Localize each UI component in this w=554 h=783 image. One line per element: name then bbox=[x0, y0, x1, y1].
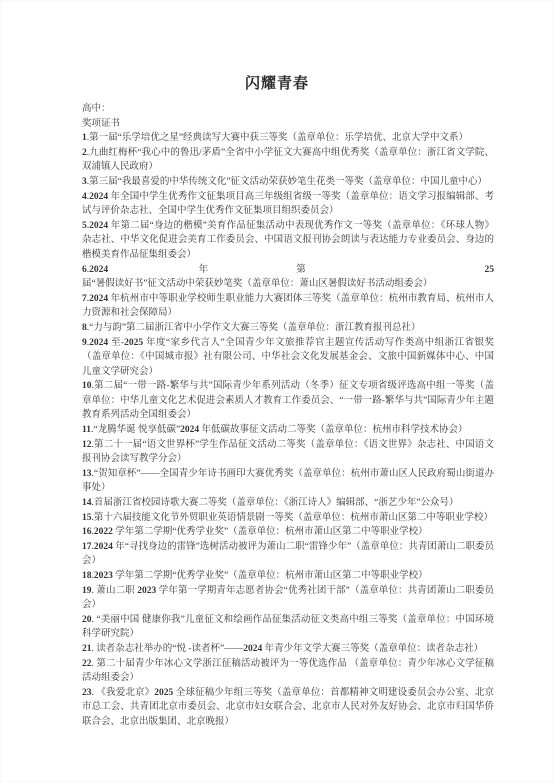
award-item: 16.2022 学年第二学期“优秀学业奖”（盖章单位：杭州市萧山区第二中等职业学… bbox=[82, 525, 494, 540]
award-item: 10.第二届“一带一路-繁华与共”国际青少年系列活动（冬季）征文专项省级评选高中… bbox=[82, 379, 494, 423]
award-list: 1.第一届“乐学培优之星”经典读写大赛中获三等奖（盖章单位：乐学培优、北京大学中… bbox=[82, 131, 494, 729]
award-item: 14.首届浙江省校园诗歌大赛二等奖（盖章单位：《浙江诗人》编辑部、“浙艺少年”公… bbox=[82, 496, 494, 511]
award-item: 21. 读者杂志社举办的“悦 -读者杯”——2024 年青少年文学大赛三等奖（盖… bbox=[82, 642, 494, 657]
award-item: 19. 萧山二职 2023 学年第一学期青年志愿者协会“优秀社团干部”（盖章单位… bbox=[82, 584, 494, 613]
award-item: 3.第三届“我最喜爱的中华传统文化”征文活动荣获妙笔生花类一等奖（盖章单位：中国… bbox=[82, 175, 494, 190]
award-item: 22. 第二十届青少年冰心文学浙江征稿活动被评为一等优选作品 （盖章单位：青少年… bbox=[82, 657, 494, 686]
award-item: 23. 《我爱北京》2025 全球征稿少年组三等奖（盖章单位：首都精神文明建设委… bbox=[82, 686, 494, 730]
award-item: 8.“力与韵”第二届浙江省中小学作文大赛三等奖（盖章单位：浙江教育报刊总社） bbox=[82, 321, 494, 336]
document-page: 闪耀青春 高中： 奖项证书 1.第一届“乐学培优之星”经典读写大赛中获三等奖（盖… bbox=[0, 0, 554, 783]
document-title: 闪耀青春 bbox=[0, 0, 554, 93]
award-item: 6.2024 年第 25 届“暑假读好书”征文活动中荣获妙笔奖（盖章单位：萧山区… bbox=[82, 263, 494, 292]
award-item: 18.2023 学年第二学期“优秀学业奖”（盖章单位：杭州市萧山区第二中等职业学… bbox=[82, 569, 494, 584]
award-item: 9.2024 至-2025 年度“家乡代言人”全国青少年文旅推荐官主题宣传活动写… bbox=[82, 336, 494, 380]
award-item: 5.2024 年第二届“身边的楷模”美育作品征集活动中表现优秀作文一等奖（盖章单… bbox=[82, 219, 494, 263]
award-item: 20. “美丽中国 健康你我”儿童征文和绘画作品征集活动征文类高中组三等奖（盖章… bbox=[82, 613, 494, 642]
award-item: 2.九曲红梅杯“我心中的鲁迅/茅盾”全省中小学征文大赛高中组优秀奖（盖章单位：浙… bbox=[82, 146, 494, 175]
award-item: 12.第二十一届“语文世界杯”学生作品征文活动二等奖（盖章单位：《语文世界》杂志… bbox=[82, 438, 494, 467]
document-body: 高中： 奖项证书 1.第一届“乐学培优之星”经典读写大赛中获三等奖（盖章单位：乐… bbox=[0, 102, 554, 730]
award-item: 13.“贺知章杯”——全国青少年诗书画印大赛优秀奖（盖章单位：杭州市萧山区人民政… bbox=[82, 467, 494, 496]
award-item: 17.2024 年“寻找身边的雷锋”选树活动被评为萧山二职“雷锋少年”（盖章单位… bbox=[82, 540, 494, 569]
award-item: 4.2024 年全国中学生优秀作文征集项目高三年级组省级一等奖（盖章单位：语文学… bbox=[82, 190, 494, 219]
award-item: 1.第一届“乐学培优之星”经典读写大赛中获三等奖（盖章单位：乐学培优、北京大学中… bbox=[82, 131, 494, 146]
award-item: 15.第十六届技能文化节外贸职业英语情景剧一等奖（盖章单位：杭州市萧山区第二中等… bbox=[82, 511, 494, 526]
award-item: 7.2024 年杭州市中等职业学校师生职业能力大赛团体三等奖（盖章单位：杭州市教… bbox=[82, 292, 494, 321]
subsection-label: 奖项证书 bbox=[82, 117, 494, 132]
award-item: 11.“龙腾华诞 悦享低碳”2024 年低碳故事征文活动二等奖（盖章单位：杭州市… bbox=[82, 423, 494, 438]
section-label: 高中： bbox=[82, 102, 494, 117]
